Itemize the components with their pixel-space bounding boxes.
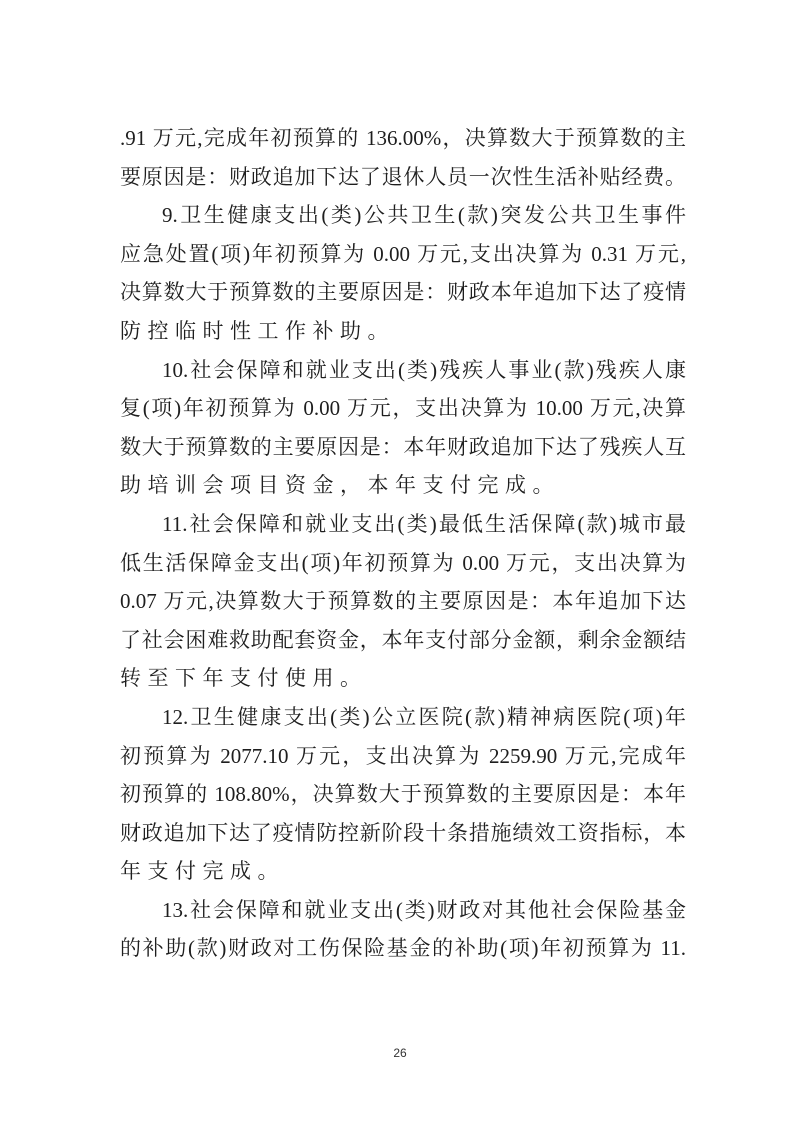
text-line: 初预算的 108.80%，决算数大于预算数的主要原因是：本年 — [120, 775, 686, 814]
document-body: .91 万元,完成年初预算的 136.00%，决算数大于预算数的主 要原因是：财… — [120, 119, 686, 968]
text-line: 13.社会保障和就业支出(类)财政对其他社会保险基金 — [120, 891, 686, 930]
paragraph-continuation: .91 万元,完成年初预算的 136.00%，决算数大于预算数的主 要原因是：财… — [120, 119, 686, 196]
text-line: 了社会困难救助配套资金，本年支付部分金额，剩余金额结 — [120, 621, 686, 660]
paragraph-item-11: 11.社会保障和就业支出(类)最低生活保障(款)城市最 低生活保障金支出(项)年… — [120, 505, 686, 698]
text-line: 的补助(款)财政对工伤保险基金的补助(项)年初预算为 11. — [120, 929, 686, 968]
text-line: 11.社会保障和就业支出(类)最低生活保障(款)城市最 — [120, 505, 686, 544]
text-line: 12.卫生健康支出(类)公立医院(款)精神病医院(项)年 — [120, 698, 686, 737]
text-line: 转至下年支付使用。 — [120, 659, 686, 698]
text-line: 复(项)年初预算为 0.00 万元，支出决算为 10.00 万元,决算 — [120, 389, 686, 428]
page-number: 26 — [0, 1046, 800, 1060]
text-line: 助培训会项目资金，本年支付完成。 — [120, 466, 686, 505]
text-line: 10.社会保障和就业支出(类)残疾人事业(款)残疾人康 — [120, 351, 686, 390]
text-line: 低生活保障金支出(项)年初预算为 0.00 万元，支出决算为 — [120, 544, 686, 583]
paragraph-item-10: 10.社会保障和就业支出(类)残疾人事业(款)残疾人康 复(项)年初预算为 0.… — [120, 351, 686, 505]
text-line: 初预算为 2077.10 万元，支出决算为 2259.90 万元,完成年 — [120, 737, 686, 776]
text-line: 应急处置(项)年初预算为 0.00 万元,支出决算为 0.31 万元, — [120, 235, 686, 274]
text-line: 财政追加下达了疫情防控新阶段十条措施绩效工资指标，本 — [120, 814, 686, 853]
text-line: 数大于预算数的主要原因是：本年财政追加下达了残疾人互 — [120, 428, 686, 467]
paragraph-item-13: 13.社会保障和就业支出(类)财政对其他社会保险基金 的补助(款)财政对工伤保险… — [120, 891, 686, 968]
paragraph-item-9: 9.卫生健康支出(类)公共卫生(款)突发公共卫生事件 应急处置(项)年初预算为 … — [120, 196, 686, 350]
text-line: 决算数大于预算数的主要原因是：财政本年追加下达了疫情 — [120, 273, 686, 312]
paragraph-item-12: 12.卫生健康支出(类)公立医院(款)精神病医院(项)年 初预算为 2077.1… — [120, 698, 686, 891]
text-line: 0.07 万元,决算数大于预算数的主要原因是：本年追加下达 — [120, 582, 686, 621]
text-line: 年支付完成。 — [120, 852, 686, 891]
document-page: .91 万元,完成年初预算的 136.00%，决算数大于预算数的主 要原因是：财… — [0, 0, 800, 1131]
text-line: .91 万元,完成年初预算的 136.00%，决算数大于预算数的主 — [120, 119, 686, 158]
text-line: 9.卫生健康支出(类)公共卫生(款)突发公共卫生事件 — [120, 196, 686, 235]
text-line: 要原因是：财政追加下达了退休人员一次性生活补贴经费。 — [120, 158, 686, 197]
text-line: 防控临时性工作补助。 — [120, 312, 686, 351]
